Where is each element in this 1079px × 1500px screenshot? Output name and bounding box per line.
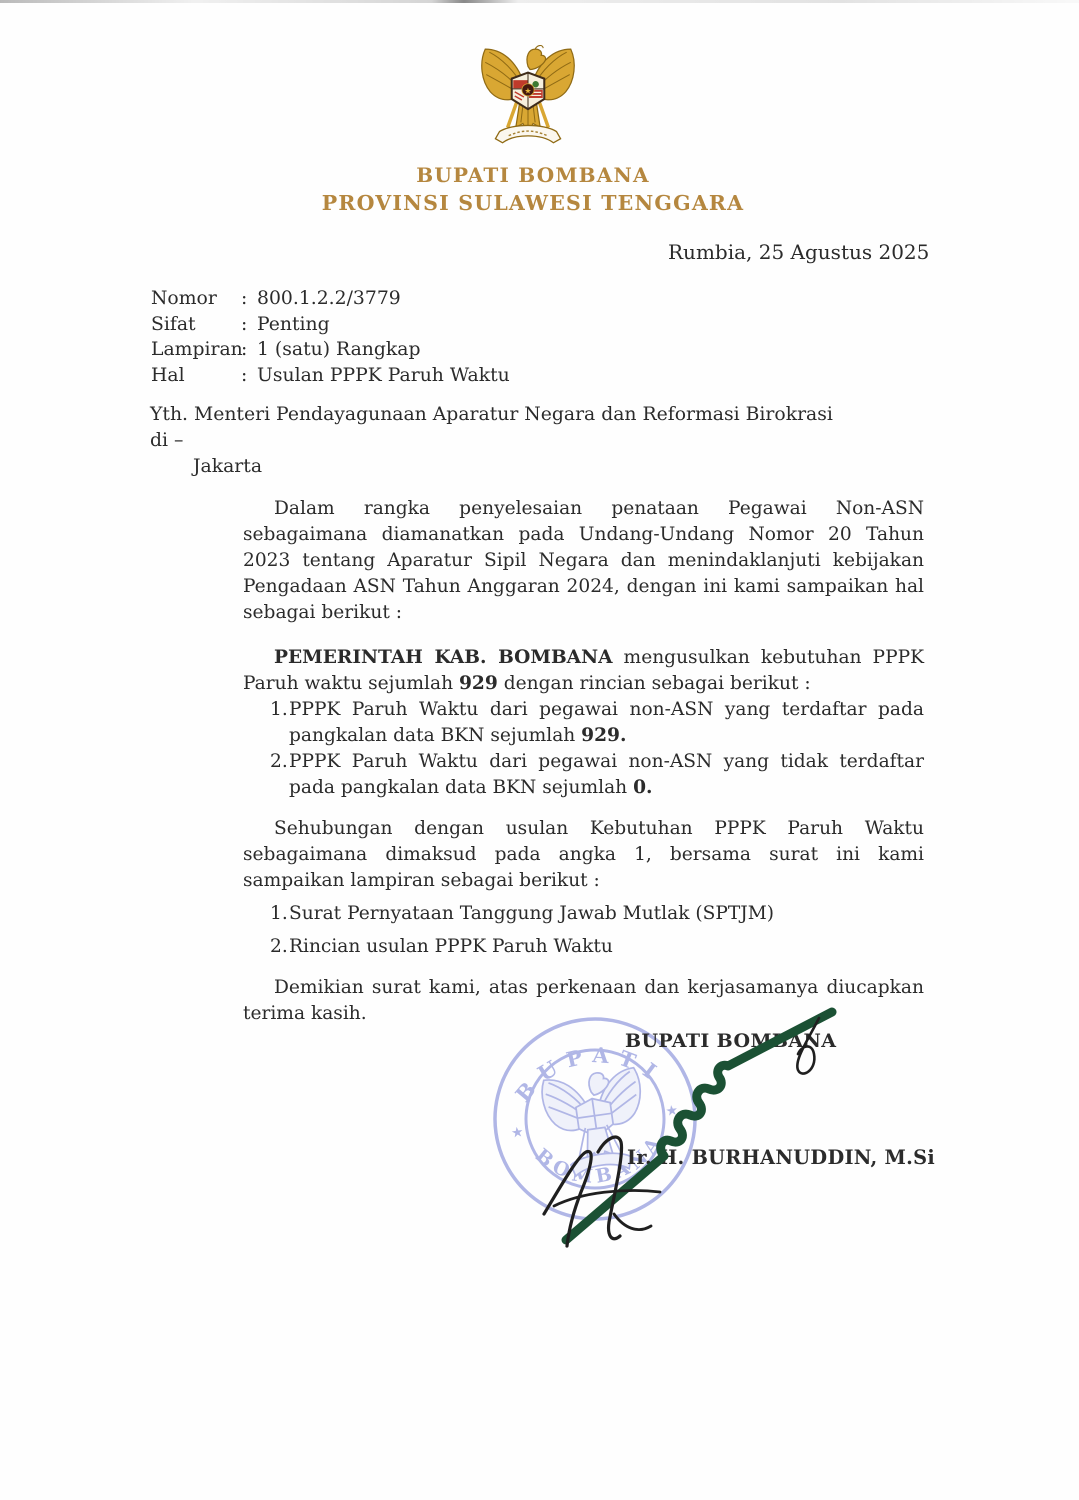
text-segment: 929: [459, 673, 498, 694]
green-pen-stroke: [566, 1012, 832, 1240]
meta-separator: :: [241, 286, 257, 312]
list-number: 2.: [270, 934, 288, 960]
meta-label: Nomor: [151, 286, 241, 312]
scan-edge-artifact: [0, 0, 1079, 3]
motto-banner: [495, 125, 560, 142]
letter-meta: Nomor : 800.1.2.2/3779 Sifat : Penting L…: [151, 286, 510, 388]
letterhead: BUPATI BOMBANA PROVINSI SULAWESI TENGGAR…: [0, 163, 1066, 215]
meta-value: Usulan PPPK Paruh Waktu: [257, 363, 510, 389]
meta-row-nomor: Nomor : 800.1.2.2/3779: [151, 286, 510, 312]
list-text: Rincian usulan PPPK Paruh Waktu: [289, 934, 924, 960]
meta-row-hal: Hal : Usulan PPPK Paruh Waktu: [151, 363, 510, 389]
paragraph-3: Sehubungan dengan usulan Kebutuhan PPPK …: [243, 816, 924, 894]
meta-label: Sifat: [151, 312, 241, 338]
list-text: Surat Pernyataan Tanggung Jawab Mutlak (…: [289, 901, 924, 927]
handwritten-signature: [598, 1137, 622, 1239]
text-segment: 0.: [633, 777, 652, 798]
meta-separator: :: [241, 363, 257, 389]
handwritten-signature: [614, 1214, 651, 1230]
paragraph-1: Dalam rangka penyelesaian penataan Pegaw…: [243, 496, 924, 626]
paragraph-2: PEMERINTAH KAB. BOMBANA mengusulkan kebu…: [243, 645, 924, 697]
list-item: 1. PPPK Paruh Waktu dari pegawai non-ASN…: [243, 697, 924, 749]
meta-row-sifat: Sifat : Penting: [151, 312, 510, 338]
meta-label: Lampiran: [151, 337, 241, 363]
addressee-block: Yth. Menteri Pendayagunaan Aparatur Nega…: [150, 402, 833, 480]
meta-row-lampiran: Lampiran : 1 (satu) Rangkap: [151, 337, 510, 363]
letterhead-title: BUPATI BOMBANA: [0, 163, 1066, 187]
meta-separator: :: [241, 337, 257, 363]
list-text: PPPK Paruh Waktu dari pegawai non-ASN ya…: [289, 697, 924, 749]
signature-ink: [478, 998, 898, 1270]
list-item: 2. PPPK Paruh Waktu dari pegawai non-ASN…: [243, 749, 924, 801]
list-item: 2. Rincian usulan PPPK Paruh Waktu: [243, 934, 924, 960]
letterhead-subtitle: PROVINSI SULAWESI TENGGARA: [0, 191, 1066, 215]
text-segment: 929.: [581, 725, 626, 746]
list-item: 1. Surat Pernyataan Tanggung Jawab Mutla…: [243, 901, 924, 927]
text-segment: PEMERINTAH KAB. BOMBANA: [274, 647, 613, 668]
list-number: 1.: [270, 697, 288, 723]
list-number: 2.: [270, 749, 288, 775]
meta-value: 800.1.2.2/3779: [257, 286, 401, 312]
garuda-pancasila-emblem: ★: [476, 42, 580, 156]
text-segment: dengan rincian sebagai berikut :: [498, 673, 811, 694]
meta-value: Penting: [257, 312, 330, 338]
addressee-line: Yth. Menteri Pendayagunaan Aparatur Nega…: [150, 402, 833, 428]
dateline: Rumbia, 25 Agustus 2025: [668, 240, 929, 264]
list-number: 1.: [270, 901, 288, 927]
meta-label: Hal: [151, 363, 241, 389]
handwritten-signature: [544, 1152, 591, 1246]
meta-value: 1 (satu) Rangkap: [257, 337, 421, 363]
addressee-city: Jakarta: [150, 454, 833, 480]
list-text: PPPK Paruh Waktu dari pegawai non-ASN ya…: [289, 749, 924, 801]
text-segment: PPPK Paruh Waktu dari pegawai non-ASN ya…: [289, 751, 924, 798]
star-icon: ★: [524, 85, 531, 95]
letter-page: ★ BUPATI BOMBANA PROVINSI SULAWESI TENGG…: [0, 0, 1079, 1500]
addressee-di: di –: [150, 428, 833, 454]
letter-body: Dalam rangka penyelesaian penataan Pegaw…: [243, 496, 924, 1027]
meta-separator: :: [241, 312, 257, 338]
